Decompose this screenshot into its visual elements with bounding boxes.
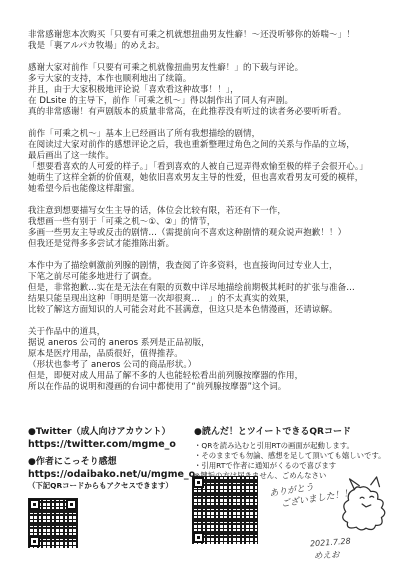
paragraph-sequel-story: 前作「可乘之机～」基本上已经画出了所有我想描绘的剧情， 在阅读过大家对前作的感想…	[28, 129, 390, 195]
tweet-qr-instructions: ・QRを読み込むと引用RTの画面が起動します。 ・そのままでも勿論、感想を足して…	[194, 441, 392, 481]
twitter-account-heading: ●Twitter（成人向けアカウント）	[28, 426, 194, 438]
tweet-qr-code	[192, 476, 258, 544]
footer: ●Twitter（成人向けアカウント） https://twitter.com/…	[28, 426, 392, 548]
handwritten-note: ありがとう ございました！！ 2021.7.28 めえお	[262, 478, 394, 560]
paragraph-previous-work-thanks: 感谢大家对前作「只要有可乘之机就像扭曲男友性癖！」的下载与评论。 多亏大家的支持…	[28, 63, 390, 118]
qr-finder-pattern	[29, 536, 40, 547]
odaibako-qr-code	[28, 498, 78, 548]
footer-left-column: ●Twitter（成人向けアカウント） https://twitter.com/…	[28, 426, 194, 548]
paragraph-purchase-thanks: 非常感谢您本次购买「只要有可乘之机就想扭曲男友性癖！～还没听够你的娇喘～」！ 我…	[28, 30, 390, 52]
qr-finder-pattern	[193, 532, 204, 543]
afterword-page: 非常感谢您本次购买「只要有可乘之机就想扭曲男友性癖！～还没听够你的娇喘～」！ 我…	[0, 0, 400, 565]
qr-finder-pattern	[193, 477, 204, 488]
handwritten-signature: めえお	[314, 548, 340, 561]
paragraph-research-notes: 本作中为了描绘刺激前列腺的剧情，我查阅了许多资料，也直接询问过专业人士， 下笔之…	[28, 261, 390, 316]
feedback-qr-note: （下記QRコードからもアクセスできます）	[28, 481, 194, 491]
tweet-qr-heading: ●読んだ！とツイートできるQRコード	[194, 426, 392, 438]
paragraph-props-notes: 关于作品中的道具， 据说 aneros 公司的 aneros 系列是正品初版， …	[28, 327, 390, 393]
alpaca-doodle	[336, 476, 394, 532]
handwritten-date: 2021.7.28	[310, 537, 351, 549]
feedback-heading: ●作者にこっそり感想	[28, 456, 194, 468]
qr-finder-pattern	[66, 499, 77, 510]
afterword-body-text: 非常感谢您本次购买「只要有可乘之机就想扭曲男友性癖！～还没听够你的娇喘～」！ 我…	[28, 30, 390, 404]
qr-finder-pattern	[29, 499, 40, 510]
feedback-url: https://odaibako.net/u/mgme_o	[28, 468, 194, 481]
footer-right-column: ●読んだ！とツイートできるQRコード ・QRを読み込むと引用RTの画面が起動しま…	[194, 426, 392, 548]
paragraph-next-work-plans: 我注意到想要描写女生主导的话，体位会比较有限，若还有下一作， 我想画一些有别于「…	[28, 206, 390, 250]
twitter-url: https://twitter.com/mgme_o	[28, 438, 194, 451]
